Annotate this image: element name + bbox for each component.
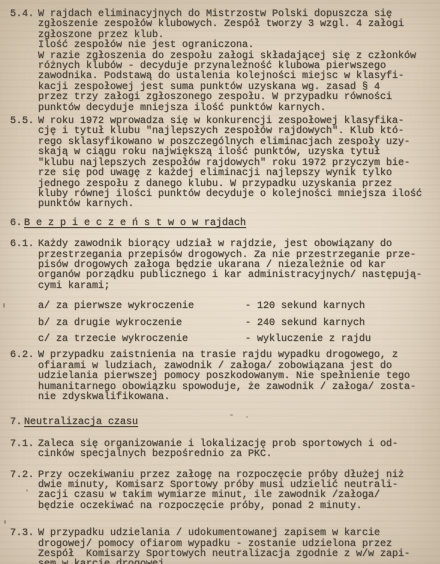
section-5-5: 5.5. W roku 1972 wprowadza się w konkure… (10, 117, 432, 211)
ink-speck (4, 520, 6, 524)
ink-speck (26, 489, 28, 492)
penalty-value: - 120 sekund karnych (245, 302, 365, 312)
section-7-2-number: 7.2. (10, 471, 38, 481)
penalty-label: a/ za pierwsze wykroczenie (38, 302, 245, 312)
document-content: 5.4. W rajdach eliminacyjnych do Mistrzo… (10, 10, 432, 564)
section-7-3: 7.3. W przypadku udzielania / udokumento… (10, 529, 432, 564)
section-7-title: Neutralizacja czasu (24, 418, 138, 428)
section-6-heading: 6. B e z p i e c z e ń s t w o w rajdach (10, 219, 432, 229)
scanned-document-page: 5.4. W rajdach eliminacyjnych do Mistrzo… (0, 0, 440, 564)
section-6-title: B e z p i e c z e ń s t w o w rajdach (24, 219, 246, 229)
section-5-4: 5.4. W rajdach eliminacyjnych do Mistrzo… (10, 10, 432, 114)
section-7-3-number: 7.3. (10, 529, 38, 539)
section-7-1-text: Zaleca się organizowanie i lokalizację p… (38, 440, 432, 461)
section-7-2-text: Przy oczekiwaniu przez załogę na rozpocz… (38, 471, 432, 513)
penalty-label: c/ za trzecie wykroczenie (38, 335, 245, 345)
ink-speck (3, 303, 5, 308)
section-5-5-text: W roku 1972 wprowadza się w konkurencji … (38, 117, 432, 211)
penalty-row-third-offense: c/ za trzecie wykroczenie - wykluczenie … (38, 335, 432, 345)
section-6-1-number: 6.1. (10, 240, 38, 250)
ink-speck (230, 414, 233, 416)
section-7-1-number: 7.1. (10, 440, 38, 450)
section-6-1-text: Każdy zawodnik biorący udział w rajdzie,… (38, 240, 432, 292)
penalty-row-first-offense: a/ za pierwsze wykroczenie - 120 sekund … (38, 302, 432, 312)
penalty-value: - wykluczenie z rajdu (245, 335, 371, 345)
section-6-1: 6.1. Każdy zawodnik biorący udział w raj… (10, 240, 432, 292)
section-7-number: 7. (10, 418, 24, 428)
penalty-list: a/ za pierwsze wykroczenie - 120 sekund … (38, 302, 432, 345)
section-5-4-text: W rajdach eliminacyjnych do Mistrzostw P… (38, 10, 432, 114)
section-5-4-number: 5.4. (10, 10, 38, 20)
section-6-2: 6.2. W przypadku zaistnienia na trasie r… (10, 351, 432, 403)
section-7-heading: 7. Neutralizacja czasu (10, 418, 432, 428)
section-7-1: 7.1. Zaleca się organizowanie i lokaliza… (10, 440, 432, 461)
section-6-number: 6. (10, 219, 24, 229)
section-7-2: 7.2. Przy oczekiwaniu przez załogę na ro… (10, 471, 432, 513)
section-6-2-text: W przypadku zaistnienia na trasie rajdu … (38, 351, 432, 403)
section-6-2-number: 6.2. (10, 351, 38, 361)
section-5-5-number: 5.5. (10, 117, 38, 127)
ink-speck (246, 416, 248, 418)
penalty-row-second-offense: b/ za drugie wykroczenie - 240 sekund ka… (38, 319, 432, 329)
penalty-label: b/ za drugie wykroczenie (38, 319, 245, 329)
penalty-value: - 240 sekund karnych (245, 319, 365, 329)
section-7-3-text: W przypadku udzielania / udokumentowanej… (38, 529, 432, 564)
